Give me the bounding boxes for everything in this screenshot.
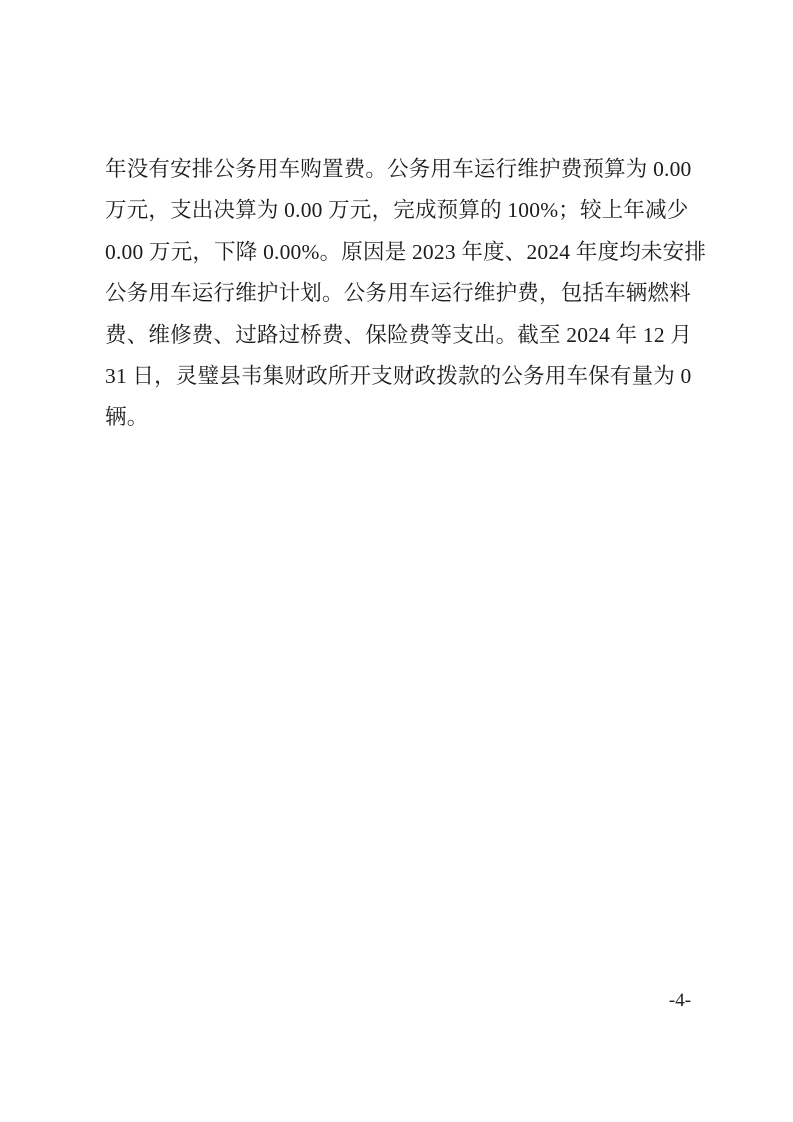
paragraph-line-1: 年没有安排公务用车购置费。公务用车运行维护费预算为 0.00 [105, 149, 687, 190]
paragraph-line-5: 费、维修费、过路过桥费、保险费等支出。截至 2024 年 12 月 [105, 315, 687, 356]
page-number: -4- [645, 989, 715, 1013]
paragraph-line-7: 辆。 [105, 397, 687, 438]
paragraph-line-3: 0.00 万元，下降 0.00%。原因是 2023 年度、2024 年度均未安排 [105, 232, 687, 273]
document-page: 年没有安排公务用车购置费。公务用车运行维护费预算为 0.00 万元，支出决算为 … [0, 0, 793, 1122]
body-paragraph: 年没有安排公务用车购置费。公务用车运行维护费预算为 0.00 万元，支出决算为 … [105, 149, 687, 439]
paragraph-line-6: 31 日，灵璧县韦集财政所开支财政拨款的公务用车保有量为 0 [105, 356, 687, 397]
paragraph-line-2: 万元，支出决算为 0.00 万元，完成预算的 100%；较上年减少 [105, 190, 687, 231]
paragraph-line-4: 公务用车运行维护计划。公务用车运行维护费，包括车辆燃料 [105, 273, 687, 314]
